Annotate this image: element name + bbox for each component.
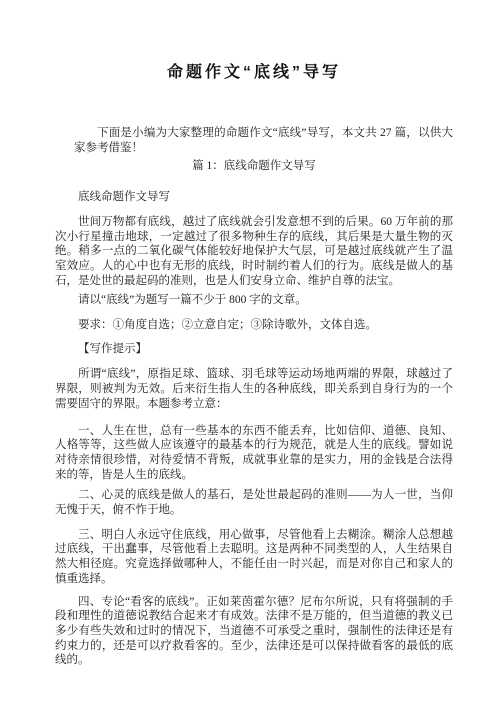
paragraph-point-one: 一、人生在世，总有一些基本的东西不能丢弃，比如信仰、道德、良知、人格等等，这些做… — [55, 424, 453, 483]
article-subtitle: 底线命题作文导写 — [55, 190, 453, 205]
paragraph-background: 世间万物都有底线，越过了底线就会引发意想不到的后果。60 万年前的那次小行星撞击… — [55, 215, 453, 289]
paragraph-definition: 所谓“底线”，原指足球、篮球、羽毛球等运动场地两端的界限，球越过了界限，则被判为… — [55, 367, 453, 411]
paragraph-point-three: 三、明白人永远守住底线，用心做事，尽管他看上去糊涂。糊涂人总想越过底线，干出蠢事… — [55, 528, 453, 587]
document-page: 命题作文“底线”导写 下面是小编为大家整理的命题作文“底线”导写，本文共 27 … — [0, 0, 500, 708]
paragraph-prompt: 请以“底线”为题写一篇不少于 800 字的文章。 — [55, 293, 453, 308]
paragraph-requirements: 要求：①角度自选；②立意自定；③除诗歌外，文体自选。 — [55, 318, 453, 333]
paragraph-hint-label: 【写作提示】 — [55, 342, 453, 357]
document-title: 命题作文“底线”导写 — [55, 63, 453, 83]
paragraph-point-two: 二、心灵的底线是做人的基石，是处世最起码的准则——为人一世，当仰无愧于天，俯不怍… — [55, 488, 453, 517]
section-heading: 篇 1：底线命题作文导写 — [55, 159, 453, 174]
paragraph-point-four: 四、专论“看客的底线”。正如莱茵霍尔德？尼布尔所说，只有将强制的手段和理性的道德… — [55, 595, 453, 669]
intro-paragraph: 下面是小编为大家整理的命题作文“底线”导写，本文共 27 篇，以供大家参考借鉴！ — [74, 126, 453, 155]
